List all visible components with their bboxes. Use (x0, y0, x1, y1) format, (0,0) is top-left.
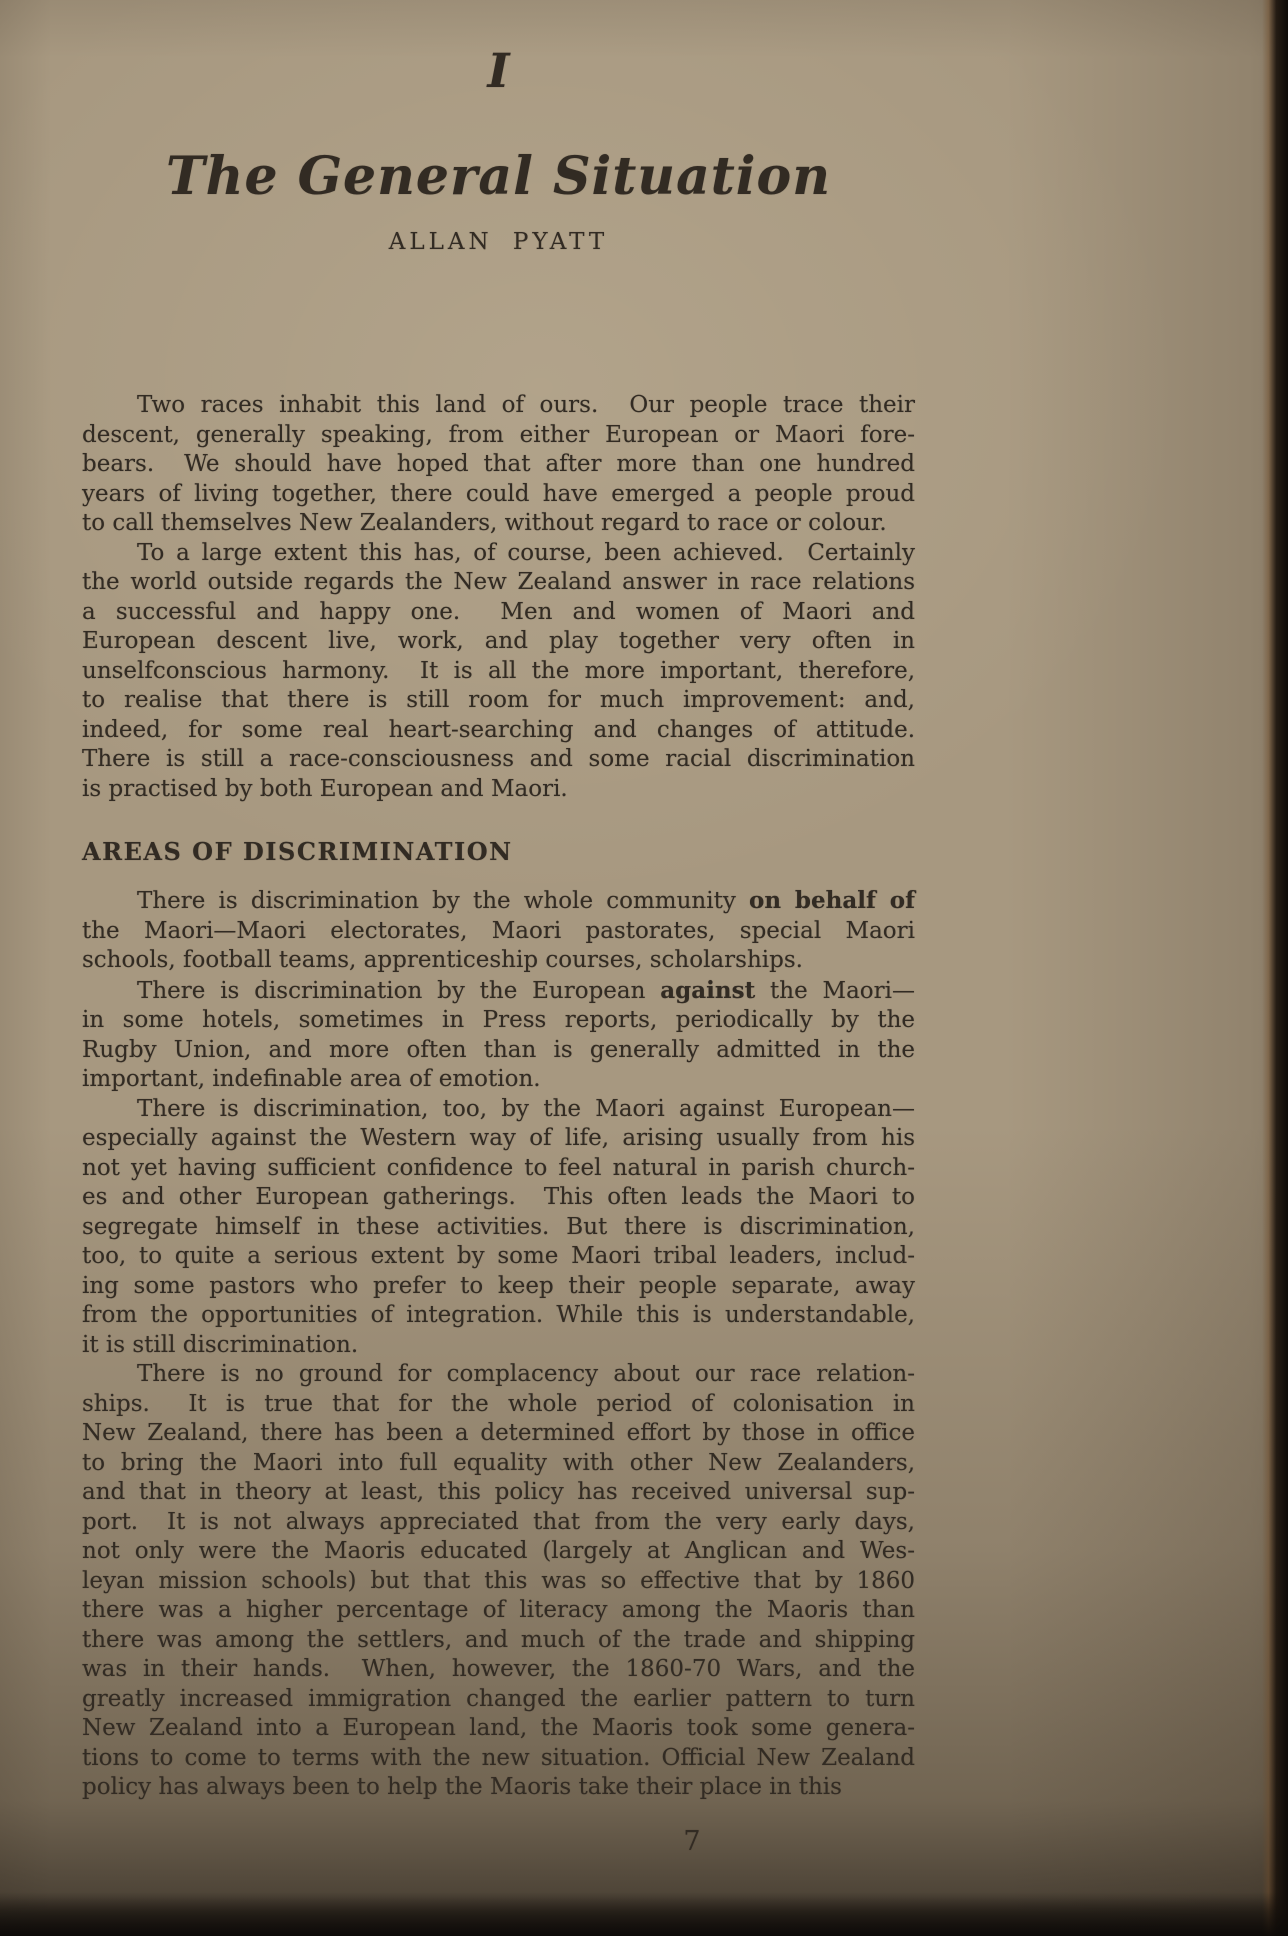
author-name: ALLAN PYATT (82, 226, 915, 258)
page-bottom-edge-shadow (0, 1892, 1288, 1936)
text-line: to bring the Maori into full equality wi… (82, 1449, 915, 1479)
text-line: to realise that there is still room for … (82, 686, 915, 716)
text-line: indeed, for some real heart-searching an… (82, 716, 915, 746)
text-line: not yet having sufficient confidence to … (82, 1154, 915, 1184)
text-line: greatly increased immigration changed th… (82, 1685, 915, 1715)
text-line: leyan mission schools) but that this was… (82, 1567, 915, 1597)
text-line: Two races inhabit this land of ours. Our… (82, 391, 915, 421)
text-line: tions to come to terms with the new situ… (82, 1744, 915, 1774)
book-page-scan: I The General Situation ALLAN PYATT Two … (0, 0, 1288, 1936)
text-line: it is still discrimination. (82, 1331, 915, 1361)
text-line: Rugby Union, and more often than is gene… (82, 1036, 915, 1066)
text-line: There is discrimination, too, by the Mao… (82, 1095, 915, 1125)
text-line: There is no ground for complacency about… (82, 1360, 915, 1390)
text-line: New Zealand into a European land, the Ma… (82, 1714, 915, 1744)
text-line: There is discrimination by the European … (82, 976, 915, 1007)
chapter-number: I (82, 42, 915, 102)
text-line: segregate himself in these activities. B… (82, 1213, 915, 1243)
text-line: too, to quite a serious extent by some M… (82, 1242, 915, 1272)
text-line: especially against the Western way of li… (82, 1124, 915, 1154)
body-paragraph: Two races inhabit this land of ours. Our… (82, 391, 915, 539)
text-line: important, indefinable area of emotion. (82, 1065, 915, 1095)
text-line: ships. It is true that for the whole per… (82, 1390, 915, 1420)
text-line: port. It is not always appreciated that … (82, 1508, 915, 1538)
text-line: es and other European gatherings. This o… (82, 1183, 915, 1213)
text-line: schools, football teams, apprenticeship … (82, 946, 915, 976)
text-line: not only were the Maoris educated (large… (82, 1537, 915, 1567)
text-line: bears. We should have hoped that after m… (82, 450, 915, 480)
section-heading: AREAS OF DISCRIMINATION (82, 837, 915, 867)
text-line: there was a higher percentage of literac… (82, 1596, 915, 1626)
body-paragraph: There is no ground for complacency about… (82, 1360, 915, 1803)
text-line: To a large extent this has, of course, b… (82, 539, 915, 569)
body-column: Two races inhabit this land of ours. Our… (82, 391, 915, 1803)
text-line: the Maori—Maori electorates, Maori pasto… (82, 917, 915, 947)
body-paragraph: There is discrimination by the European … (82, 976, 915, 1095)
text-line: is practised by both European and Maori. (82, 775, 915, 805)
text-line: New Zealand, there has been a determined… (82, 1419, 915, 1449)
text-line: There is still a race-consciousness and … (82, 745, 915, 775)
text-line: European descent live, work, and play to… (82, 627, 915, 657)
body-paragraph: There is discrimination, too, by the Mao… (82, 1095, 915, 1361)
body-paragraph: There is discrimination by the whole com… (82, 886, 915, 976)
body-paragraph: To a large extent this has, of course, b… (82, 539, 915, 805)
page-title: The General Situation (82, 142, 915, 212)
text-line: descent, generally speaking, from either… (82, 421, 915, 451)
text-line: from the opportunities of integration. W… (82, 1301, 915, 1331)
text-line: There is discrimination by the whole com… (82, 886, 915, 917)
page-right-edge-shadow (1262, 0, 1288, 1936)
text-line: was in their hands. When, however, the 1… (82, 1655, 915, 1685)
text-line: a successful and happy one. Men and wome… (82, 598, 915, 628)
text-line: years of living together, there could ha… (82, 480, 915, 510)
text-line: policy has always been to help the Maori… (82, 1773, 915, 1803)
page-number: 7 (662, 1826, 722, 1858)
text-line: the world outside regards the New Zealan… (82, 568, 915, 598)
text-line: to call themselves New Zealanders, witho… (82, 509, 915, 539)
text-line: there was among the settlers, and much o… (82, 1626, 915, 1656)
text-line: ing some pastors who prefer to keep thei… (82, 1272, 915, 1302)
text-line: in some hotels, sometimes in Press repor… (82, 1006, 915, 1036)
text-line: unselfconscious harmony. It is all the m… (82, 657, 915, 687)
text-line: and that in theory at least, this policy… (82, 1478, 915, 1508)
